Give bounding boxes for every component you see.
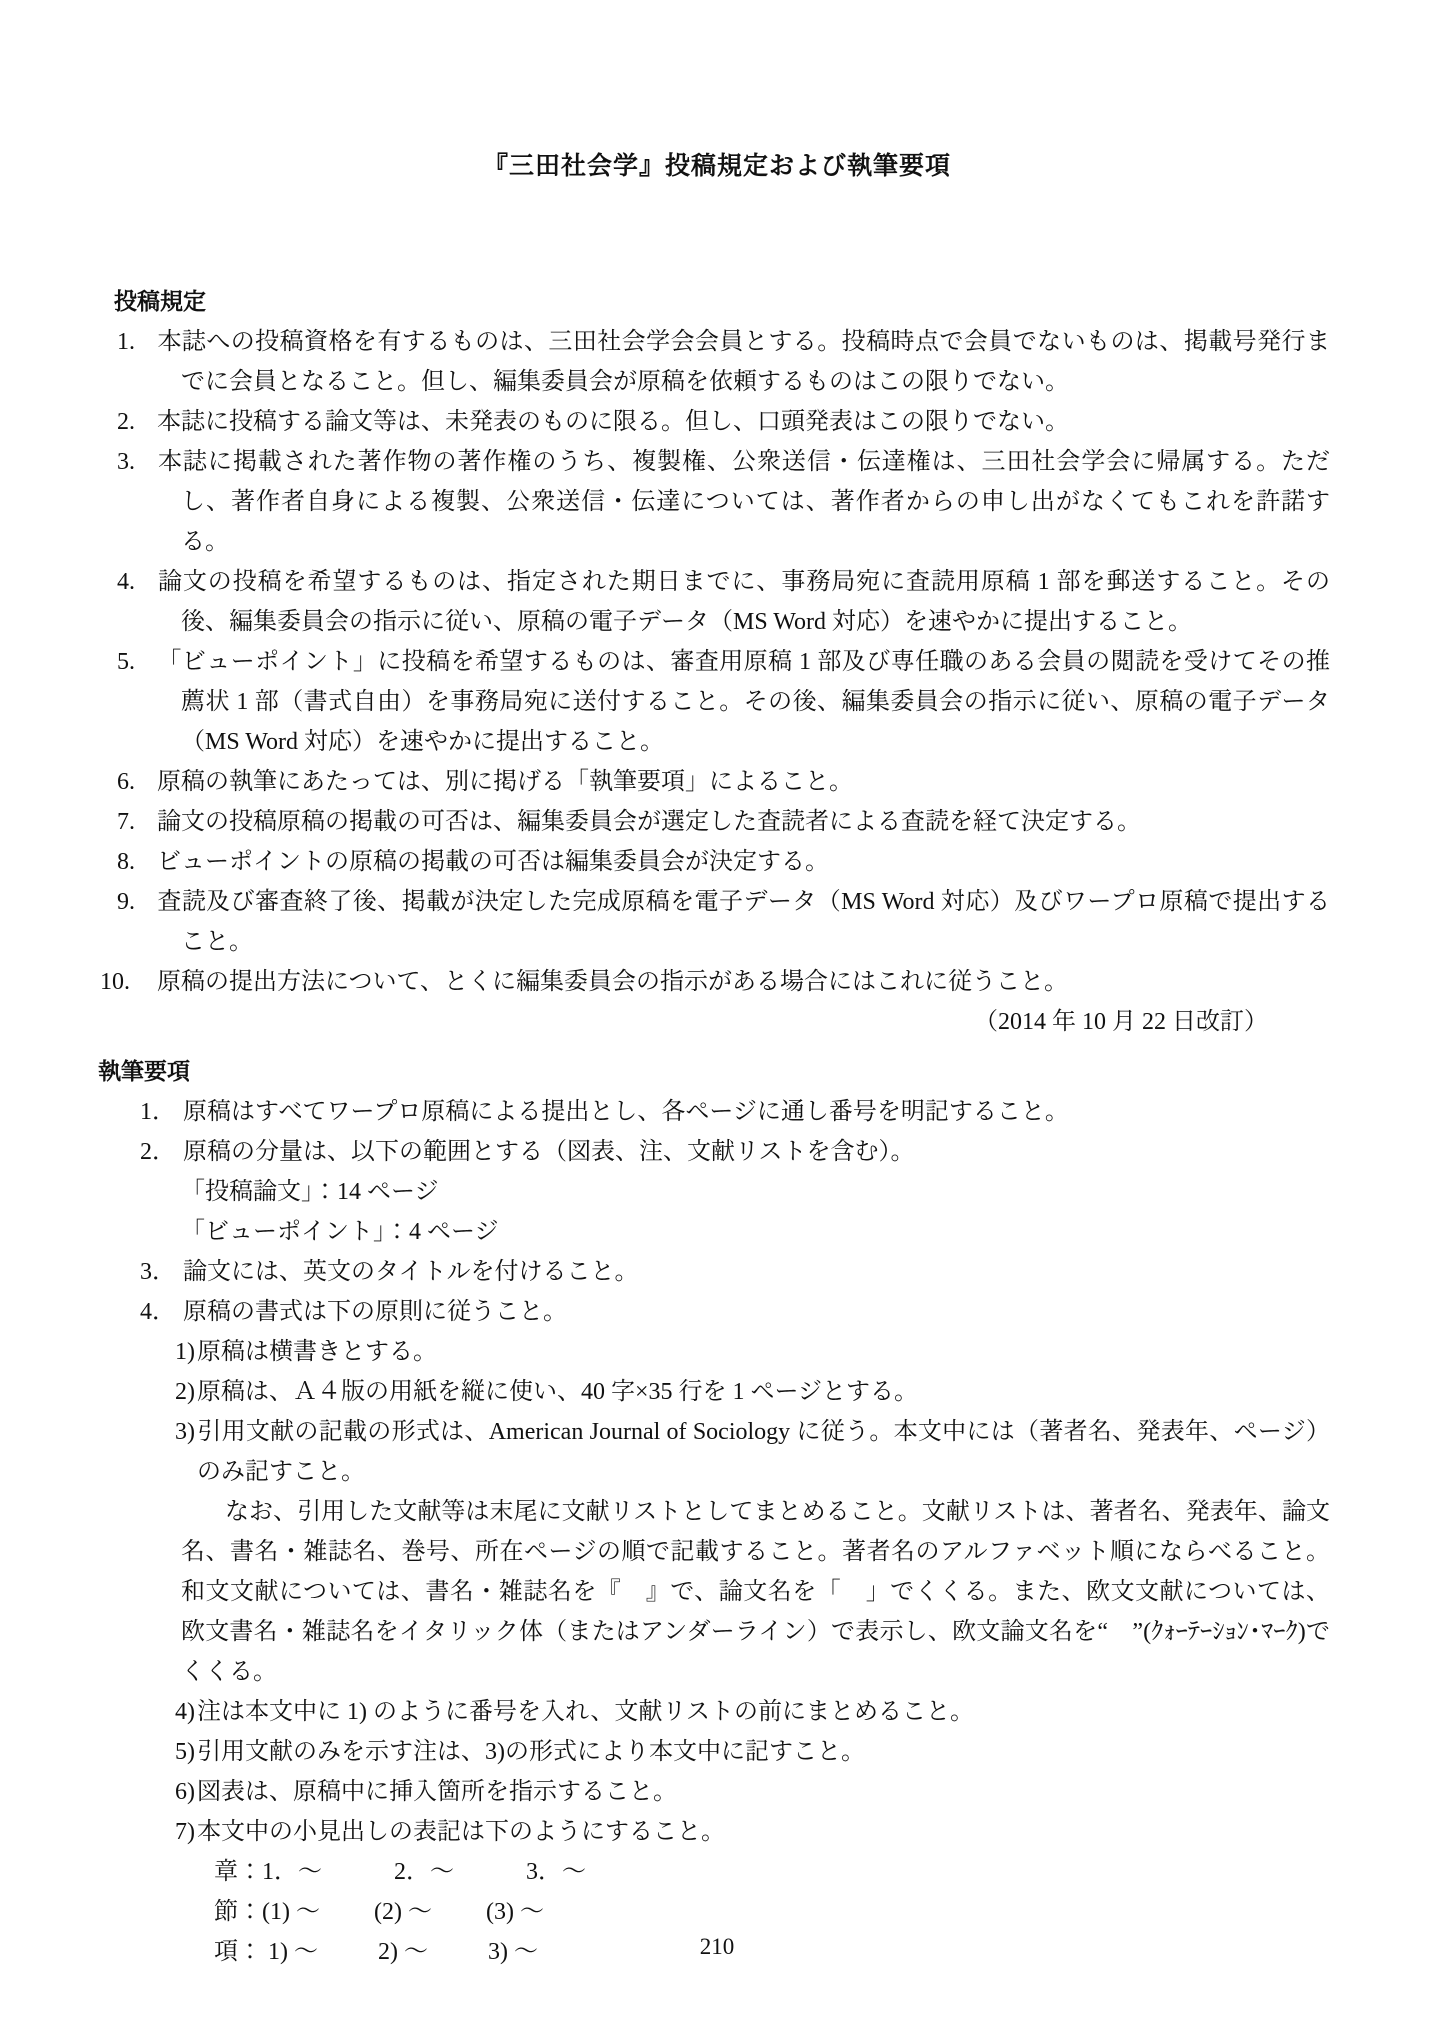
writing-guidelines-section: 執筆要項 1．原稿はすべてワープロ原稿による提出とし、各ページに通し番号を明記す… bbox=[0, 1050, 1434, 1972]
subitem-text: 本文中の小見出しの表記は下のようにすること。 bbox=[197, 1819, 725, 1845]
format-subitem-3: 3)引用文献の記載の形式は、American Journal of Sociol… bbox=[0, 1412, 1434, 1492]
rule-item-number: 8. bbox=[117, 842, 157, 882]
subitem-text: 引用文献の記載の形式は、American Journal of Sociolog… bbox=[197, 1419, 1330, 1485]
subitem-number: 1) bbox=[175, 1332, 197, 1372]
guideline-item-1: 1．原稿はすべてワープロ原稿による提出とし、各ページに通し番号を明記すること。 bbox=[0, 1092, 1434, 1132]
subitem-text: 原稿は、Ａ４版の用紙を縦に使い、40 字×35 行を 1 ページとする。 bbox=[197, 1379, 918, 1405]
subitem-text: 原稿は横書きとする。 bbox=[197, 1339, 437, 1365]
guideline-item-text: 原稿はすべてワープロ原稿による提出とし、各ページに通し番号を明記すること。 bbox=[183, 1099, 1069, 1125]
page-number: 210 bbox=[0, 1932, 1434, 1962]
submission-rules-heading: 投稿規定 bbox=[0, 280, 1434, 322]
rule-item-number: 9. bbox=[117, 882, 157, 922]
subitem-text: 図表は、原稿中に挿入箇所を指示すること。 bbox=[197, 1779, 677, 1805]
reference-list-note: なお、引用した文献等は末尾に文献リストとしてまとめること。文献リストは、著者名、… bbox=[0, 1492, 1434, 1692]
subitem-number: 6) bbox=[175, 1772, 197, 1812]
guideline-item-text: 原稿の書式は下の原則に従うこと。 bbox=[183, 1299, 567, 1325]
page-limit-ronbun: 「投稿論文」：14 ページ bbox=[0, 1172, 1434, 1212]
rule-item-number: 1. bbox=[117, 322, 157, 362]
rule-item-4: 4.論文の投稿を希望するものは、指定された期日までに、事務局宛に査読用原稿 1 … bbox=[0, 562, 1434, 642]
subitem-number: 4) bbox=[175, 1692, 197, 1732]
rule-item-text: 本誌に投稿する論文等は、未発表のものに限る。但し、口頭発表はこの限りでない。 bbox=[157, 409, 1069, 435]
format-subitem-2: 2)原稿は、Ａ４版の用紙を縦に使い、40 字×35 行を 1 ページとする。 bbox=[0, 1372, 1434, 1412]
format-subitem-4: 4)注は本文中に 1) のように番号を入れ、文献リストの前にまとめること。 bbox=[0, 1692, 1434, 1732]
rule-item-7: 7.論文の投稿原稿の掲載の可否は、編集委員会が選定した査読者による査読を経て決定… bbox=[0, 802, 1434, 842]
subitem-number: 3) bbox=[175, 1412, 197, 1452]
rule-item-10: 10.原稿の提出方法について、とくに編集委員会の指示がある場合にはこれに従うこと… bbox=[0, 962, 1434, 1002]
subitem-text: 注は本文中に 1) のように番号を入れ、文献リストの前にまとめること。 bbox=[197, 1699, 974, 1725]
subitem-number: 5) bbox=[175, 1732, 197, 1772]
rule-item-number: 7. bbox=[117, 802, 157, 842]
rule-item-number: 3. bbox=[117, 442, 157, 482]
guideline-item-number: 3． bbox=[140, 1252, 183, 1292]
guideline-item-2: 2．原稿の分量は、以下の範囲とする（図表、注、文献リストを含む）。 bbox=[0, 1132, 1434, 1172]
rule-item-number: 4. bbox=[117, 562, 157, 602]
subitem-number: 2) bbox=[175, 1372, 197, 1412]
revision-note: （2014 年 10 月 22 日改訂） bbox=[0, 1002, 1434, 1042]
rule-item-text: 論文の投稿を希望するものは、指定された期日までに、事務局宛に査読用原稿 1 部を… bbox=[157, 569, 1330, 635]
rule-item-1: 1.本誌への投稿資格を有するものは、三田社会学会会員とする。投稿時点で会員でない… bbox=[0, 322, 1434, 402]
rule-item-5: 5.「ビューポイント」に投稿を希望するものは、審査用原稿 1 部及び専任職のある… bbox=[0, 642, 1434, 762]
heading-example-section: 節：(1) ～ (2) ～ (3) ～ bbox=[0, 1892, 1434, 1932]
rule-item-text: 本誌に掲載された著作物の著作権のうち、複製権、公衆送信・伝達権は、三田社会学会に… bbox=[157, 449, 1330, 555]
guideline-item-number: 1． bbox=[140, 1092, 183, 1132]
rule-item-text: ビューポイントの原稿の掲載の可否は編集委員会が決定する。 bbox=[157, 849, 829, 875]
rule-item-text: 査読及び審査終了後、掲載が決定した完成原稿を電子データ（MS Word 対応）及… bbox=[157, 889, 1330, 955]
format-subitem-5: 5)引用文献のみを示す注は、3)の形式により本文中に記すこと。 bbox=[0, 1732, 1434, 1772]
document-title: 『三田社会学』投稿規定および執筆要項 bbox=[0, 148, 1434, 184]
subitem-text: 引用文献のみを示す注は、3)の形式により本文中に記すこと。 bbox=[197, 1739, 865, 1765]
rule-item-text: 「ビューポイント」に投稿を希望するものは、審査用原稿 1 部及び専任職のある会員… bbox=[157, 649, 1330, 755]
rule-item-number: 2. bbox=[117, 402, 157, 442]
rule-item-text: 本誌への投稿資格を有するものは、三田社会学会会員とする。投稿時点で会員でないもの… bbox=[157, 329, 1330, 395]
rule-item-9: 9.査読及び審査終了後、掲載が決定した完成原稿を電子データ（MS Word 対応… bbox=[0, 882, 1434, 962]
guideline-item-text: 論文には、英文のタイトルを付けること。 bbox=[183, 1259, 639, 1285]
rule-item-6: 6.原稿の執筆にあたっては、別に掲げる「執筆要項」によること。 bbox=[0, 762, 1434, 802]
writing-guidelines-heading: 執筆要項 bbox=[0, 1050, 1434, 1092]
format-subitem-7: 7)本文中の小見出しの表記は下のようにすること。 bbox=[0, 1812, 1434, 1852]
rule-item-text: 論文の投稿原稿の掲載の可否は、編集委員会が選定した査読者による査読を経て決定する… bbox=[157, 809, 1141, 835]
format-subitem-1: 1)原稿は横書きとする。 bbox=[0, 1332, 1434, 1372]
submission-rules-section: 投稿規定 1.本誌への投稿資格を有するものは、三田社会学会会員とする。投稿時点で… bbox=[0, 280, 1434, 1042]
rule-item-text: 原稿の執筆にあたっては、別に掲げる「執筆要項」によること。 bbox=[157, 769, 853, 795]
rule-item-3: 3.本誌に掲載された著作物の著作権のうち、複製権、公衆送信・伝達権は、三田社会学… bbox=[0, 442, 1434, 562]
page-limit-viewpoint: 「ビューポイント」：4 ページ bbox=[0, 1212, 1434, 1252]
guideline-item-number: 4． bbox=[140, 1292, 183, 1332]
rule-item-text: 原稿の提出方法について、とくに編集委員会の指示がある場合にはこれに従うこと。 bbox=[157, 969, 1068, 995]
rule-item-number: 5. bbox=[117, 642, 157, 682]
rule-item-number: 10. bbox=[100, 962, 157, 1002]
heading-example-chapter: 章：1．～ 2．～ 3．～ bbox=[0, 1852, 1434, 1892]
format-subitem-6: 6)図表は、原稿中に挿入箇所を指示すること。 bbox=[0, 1772, 1434, 1812]
guideline-item-number: 2． bbox=[140, 1132, 183, 1172]
guideline-item-3: 3．論文には、英文のタイトルを付けること。 bbox=[0, 1252, 1434, 1292]
guideline-item-4: 4．原稿の書式は下の原則に従うこと。 bbox=[0, 1292, 1434, 1332]
subitem-number: 7) bbox=[175, 1812, 197, 1852]
rule-item-8: 8.ビューポイントの原稿の掲載の可否は編集委員会が決定する。 bbox=[0, 842, 1434, 882]
rule-item-2: 2.本誌に投稿する論文等は、未発表のものに限る。但し、口頭発表はこの限りでない。 bbox=[0, 402, 1434, 442]
document-page: 『三田社会学』投稿規定および執筆要項 投稿規定 1.本誌への投稿資格を有するもの… bbox=[0, 0, 1434, 2024]
rule-item-number: 6. bbox=[117, 762, 157, 802]
guideline-item-text: 原稿の分量は、以下の範囲とする（図表、注、文献リストを含む）。 bbox=[183, 1139, 915, 1165]
